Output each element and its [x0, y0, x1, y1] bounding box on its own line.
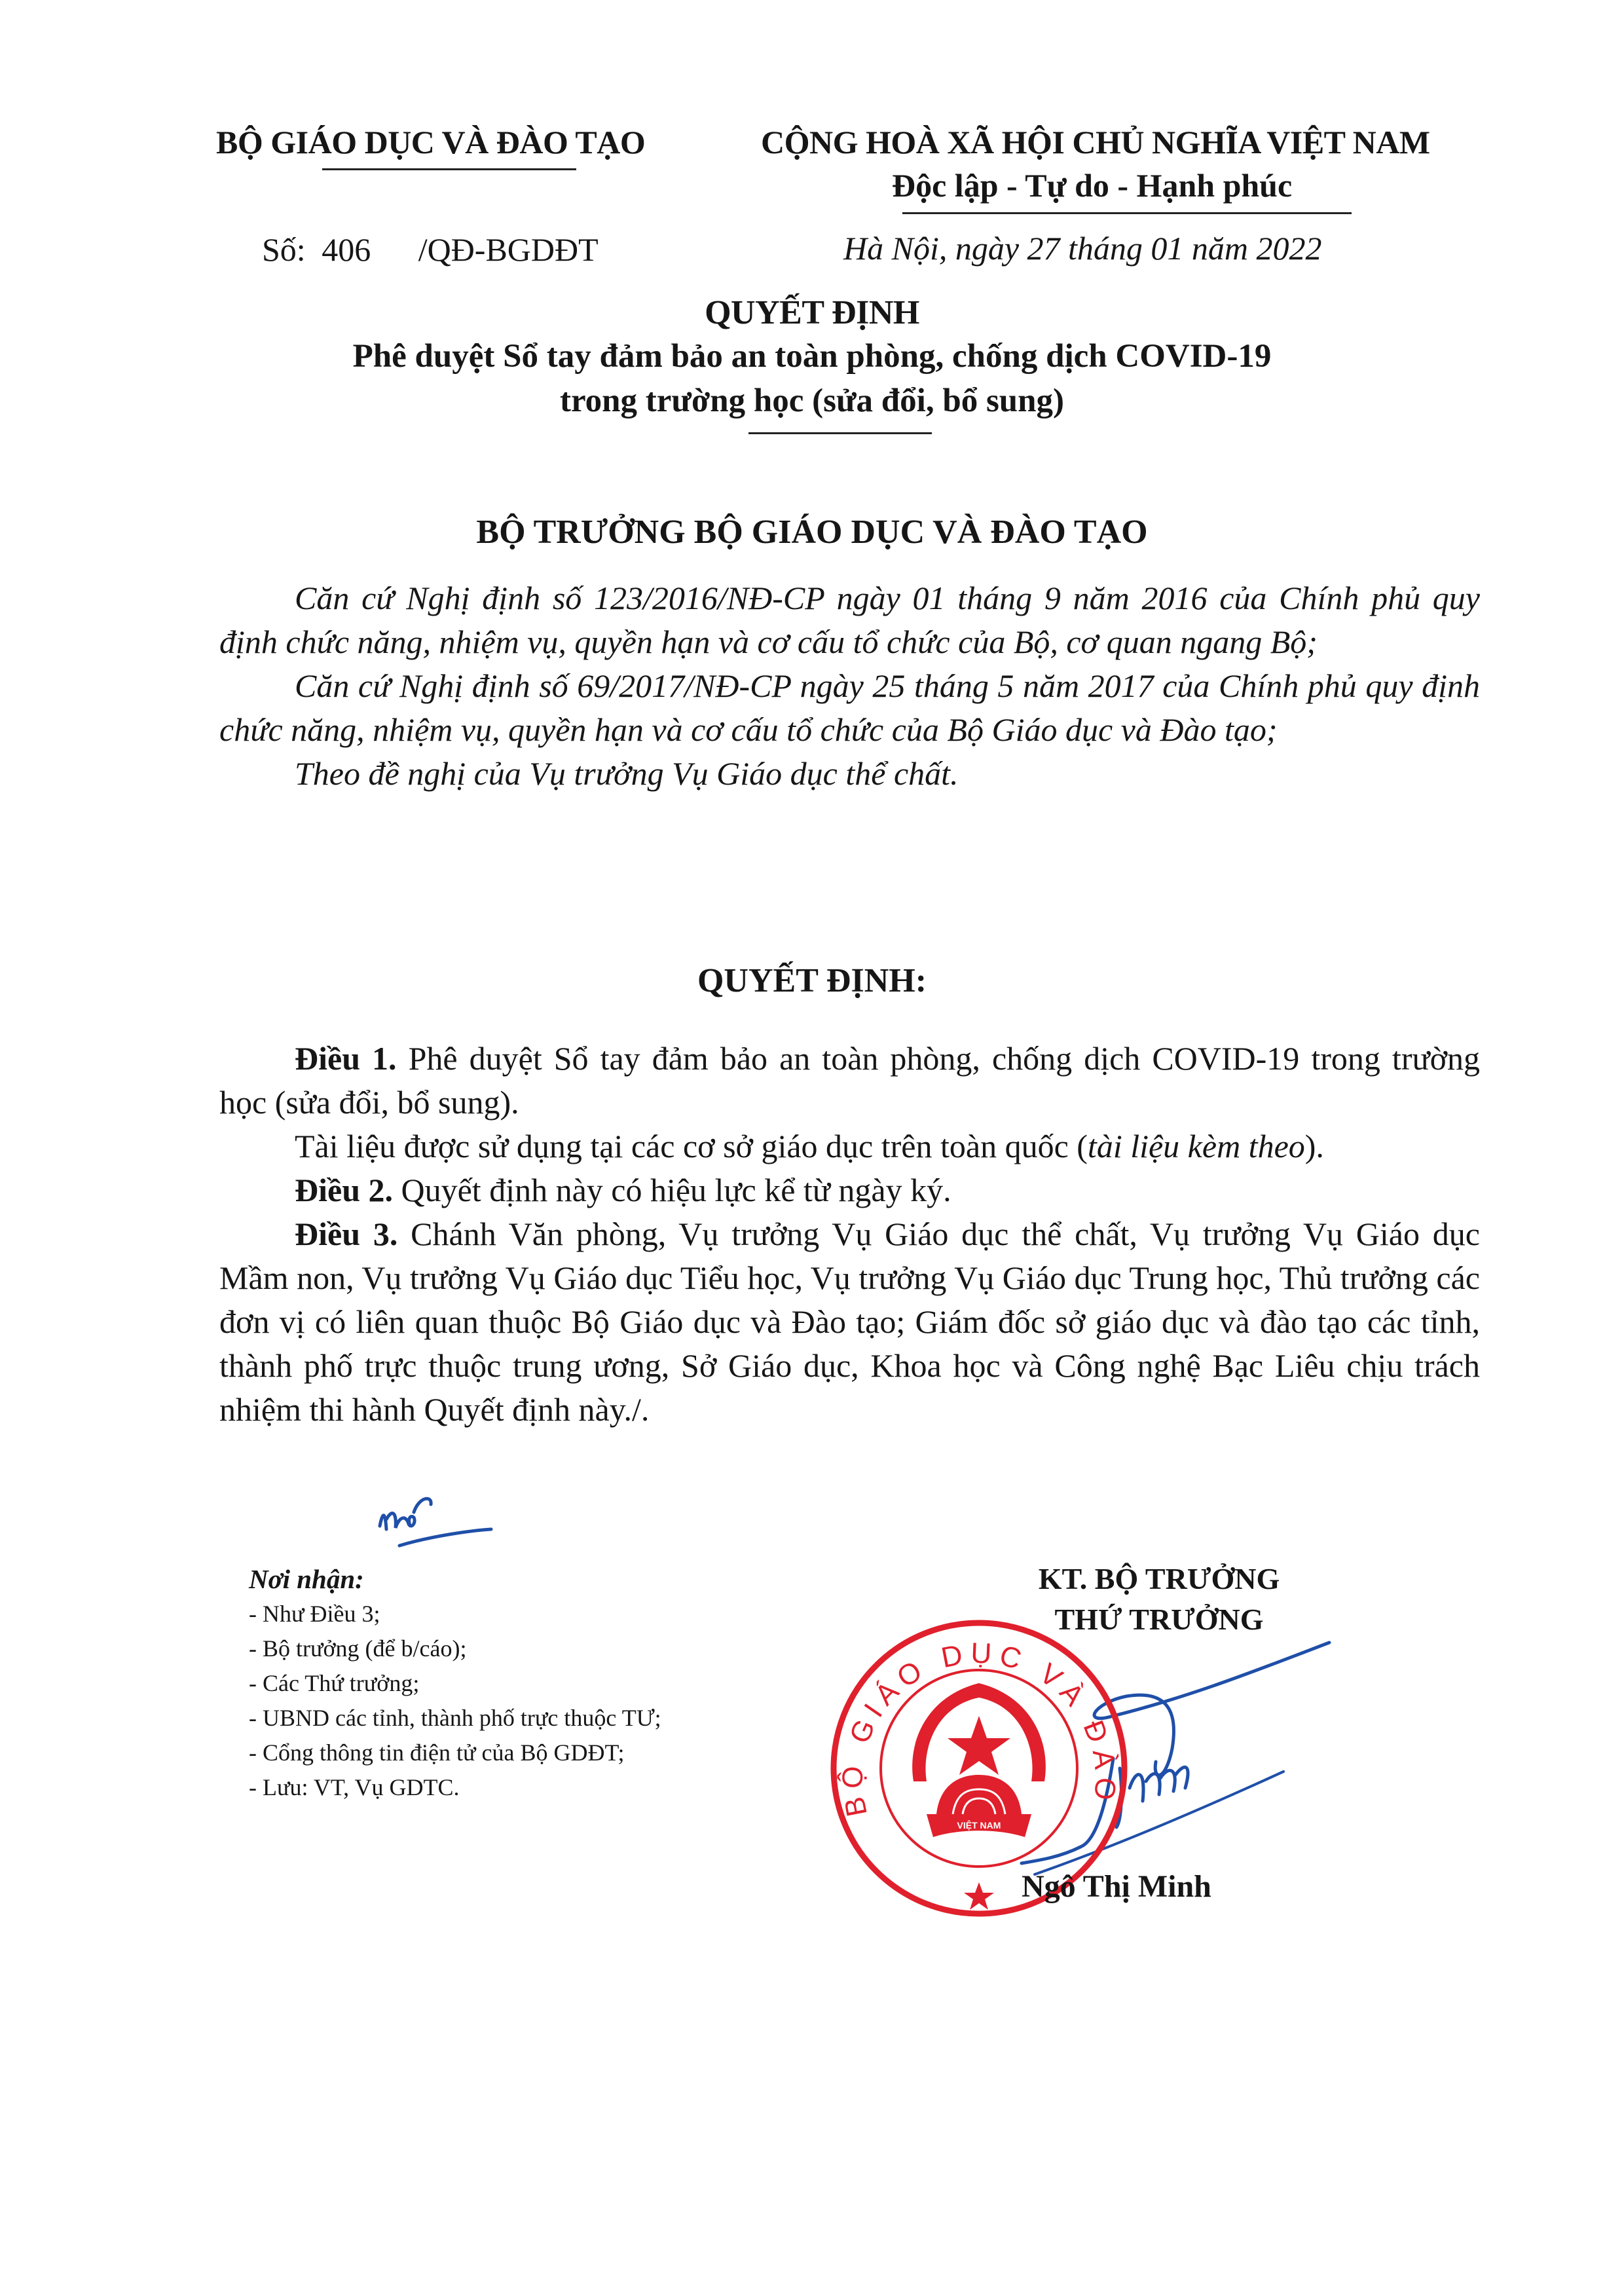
- document-subject-line1: Phê duyệt Sổ tay đảm bảo an toàn phòng, …: [0, 337, 1624, 375]
- doc-code: /QĐ-BGDĐT: [418, 231, 599, 268]
- doc-number-value: 406: [322, 231, 371, 268]
- article-3-text: Chánh Văn phòng, Vụ trưởng Vụ Giáo dục t…: [219, 1216, 1480, 1428]
- article-1-note: Tài liệu được sử dụng tại các cơ sở giáo…: [219, 1125, 1480, 1168]
- recipient-item: - Các Thứ trưởng;: [249, 1666, 661, 1701]
- article-1-text: Phê duyệt Sổ tay đảm bảo an toàn phòng, …: [219, 1040, 1480, 1121]
- document-type: QUYẾT ĐỊNH: [0, 293, 1624, 332]
- recipients-title: Nơi nhận:: [249, 1562, 661, 1597]
- agency-underline: [322, 168, 576, 170]
- recipient-item: - UBND các tỉnh, thành phố trực thuộc TƯ…: [249, 1701, 661, 1736]
- signer-title-line1: KT. BỘ TRƯỞNG: [936, 1559, 1382, 1599]
- document-subject-line2: trong trường học (sửa đổi, bổ sung): [0, 382, 1624, 420]
- nation-name: CỘNG HOÀ XÃ HỘI CHỦ NGHĨA VIỆT NAM: [761, 123, 1430, 161]
- recipient-item: - Bộ trưởng (để b/cáo);: [249, 1631, 661, 1666]
- recipients-list: Nơi nhận: - Như Điều 3; - Bộ trưởng (để …: [249, 1562, 661, 1805]
- recipient-item: - Như Điều 3;: [249, 1597, 661, 1631]
- preamble: Căn cứ Nghị định số 123/2016/NĐ-CP ngày …: [219, 576, 1480, 796]
- title-underline: [748, 432, 932, 434]
- article-3: Điều 3. Chánh Văn phòng, Vụ trưởng Vụ Gi…: [219, 1212, 1480, 1432]
- signer-name: Ngô Thị Minh: [1022, 1869, 1211, 1905]
- article-1-note-text: Tài liệu được sử dụng tại các cơ sở giáo…: [295, 1128, 1088, 1164]
- article-1-note-end: ).: [1305, 1128, 1324, 1164]
- agency-name: BỘ GIÁO DỤC VÀ ĐÀO TẠO: [216, 123, 645, 161]
- doc-number-label: Số:: [262, 231, 306, 268]
- article-2-text: Quyết định này có hiệu lực kể từ ngày ký…: [393, 1172, 951, 1208]
- article-1-note-italic: tài liệu kèm theo: [1088, 1128, 1305, 1164]
- national-motto: Độc lập - Tự do - Hạnh phúc: [892, 166, 1292, 204]
- preamble-clause: Theo đề nghị của Vụ trưởng Vụ Giáo dục t…: [219, 752, 1480, 796]
- article-1-label: Điều 1.: [295, 1040, 397, 1077]
- article-2: Điều 2. Quyết định này có hiệu lực kể từ…: [219, 1168, 1480, 1212]
- preamble-clause: Căn cứ Nghị định số 69/2017/NĐ-CP ngày 2…: [219, 664, 1480, 752]
- article-1: Điều 1. Phê duyệt Sổ tay đảm bảo an toàn…: [219, 1037, 1480, 1125]
- document-number: Số: 406 /QĐ-BGDĐT: [262, 231, 599, 269]
- preamble-clause: Căn cứ Nghị định số 123/2016/NĐ-CP ngày …: [219, 576, 1480, 664]
- articles: Điều 1. Phê duyệt Sổ tay đảm bảo an toàn…: [219, 1037, 1480, 1432]
- issuing-authority: BỘ TRƯỞNG BỘ GIÁO DỤC VÀ ĐÀO TẠO: [0, 513, 1624, 551]
- initials-mark-icon: [373, 1483, 504, 1555]
- article-3-label: Điều 3.: [295, 1216, 397, 1252]
- recipient-item: - Lưu: VT, Vụ GDTC.: [249, 1770, 661, 1805]
- motto-underline: [902, 212, 1352, 214]
- decision-heading: QUYẾT ĐỊNH:: [0, 961, 1624, 1000]
- stamp-emblem-ribbon: VIỆT NAM: [957, 1819, 1001, 1831]
- place-date: Hà Nội, ngày 27 tháng 01 năm 2022: [843, 229, 1322, 267]
- article-2-label: Điều 2.: [295, 1172, 393, 1208]
- recipient-item: - Cổng thông tin điện tử của Bộ GDĐT;: [249, 1736, 661, 1770]
